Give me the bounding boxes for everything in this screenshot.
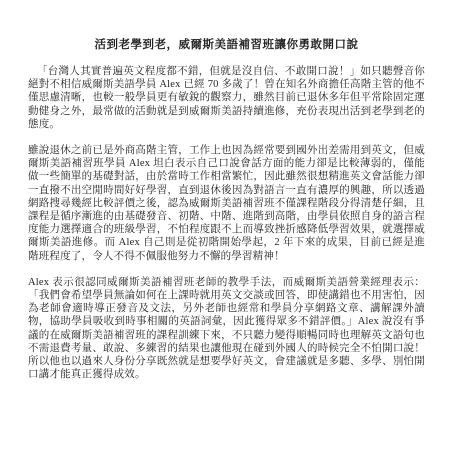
document-page: 活到老學到老，威爾斯美語補習班讓你勇敢開口說 「台灣人其實普遍英文程度都不錯，但… (0, 0, 453, 453)
paragraph-3: Alex 表示很認同威爾斯美語補習班老師的教學手法，而威爾斯美語營業經理表示：「… (28, 276, 425, 382)
paragraph-2: 雖說退休之前已是外商高階主管，工作上也因為經常要到國外出差需用到英文，但威爾斯美… (28, 144, 425, 263)
document-title: 活到老學到老，威爾斯美語補習班讓你勇敢開口說 (28, 38, 425, 52)
paragraph-1: 「台灣人其實普遍英文程度都不錯，但就是沒自信、不敢開口說！」如只聽聲音你絕對不相… (28, 65, 425, 131)
